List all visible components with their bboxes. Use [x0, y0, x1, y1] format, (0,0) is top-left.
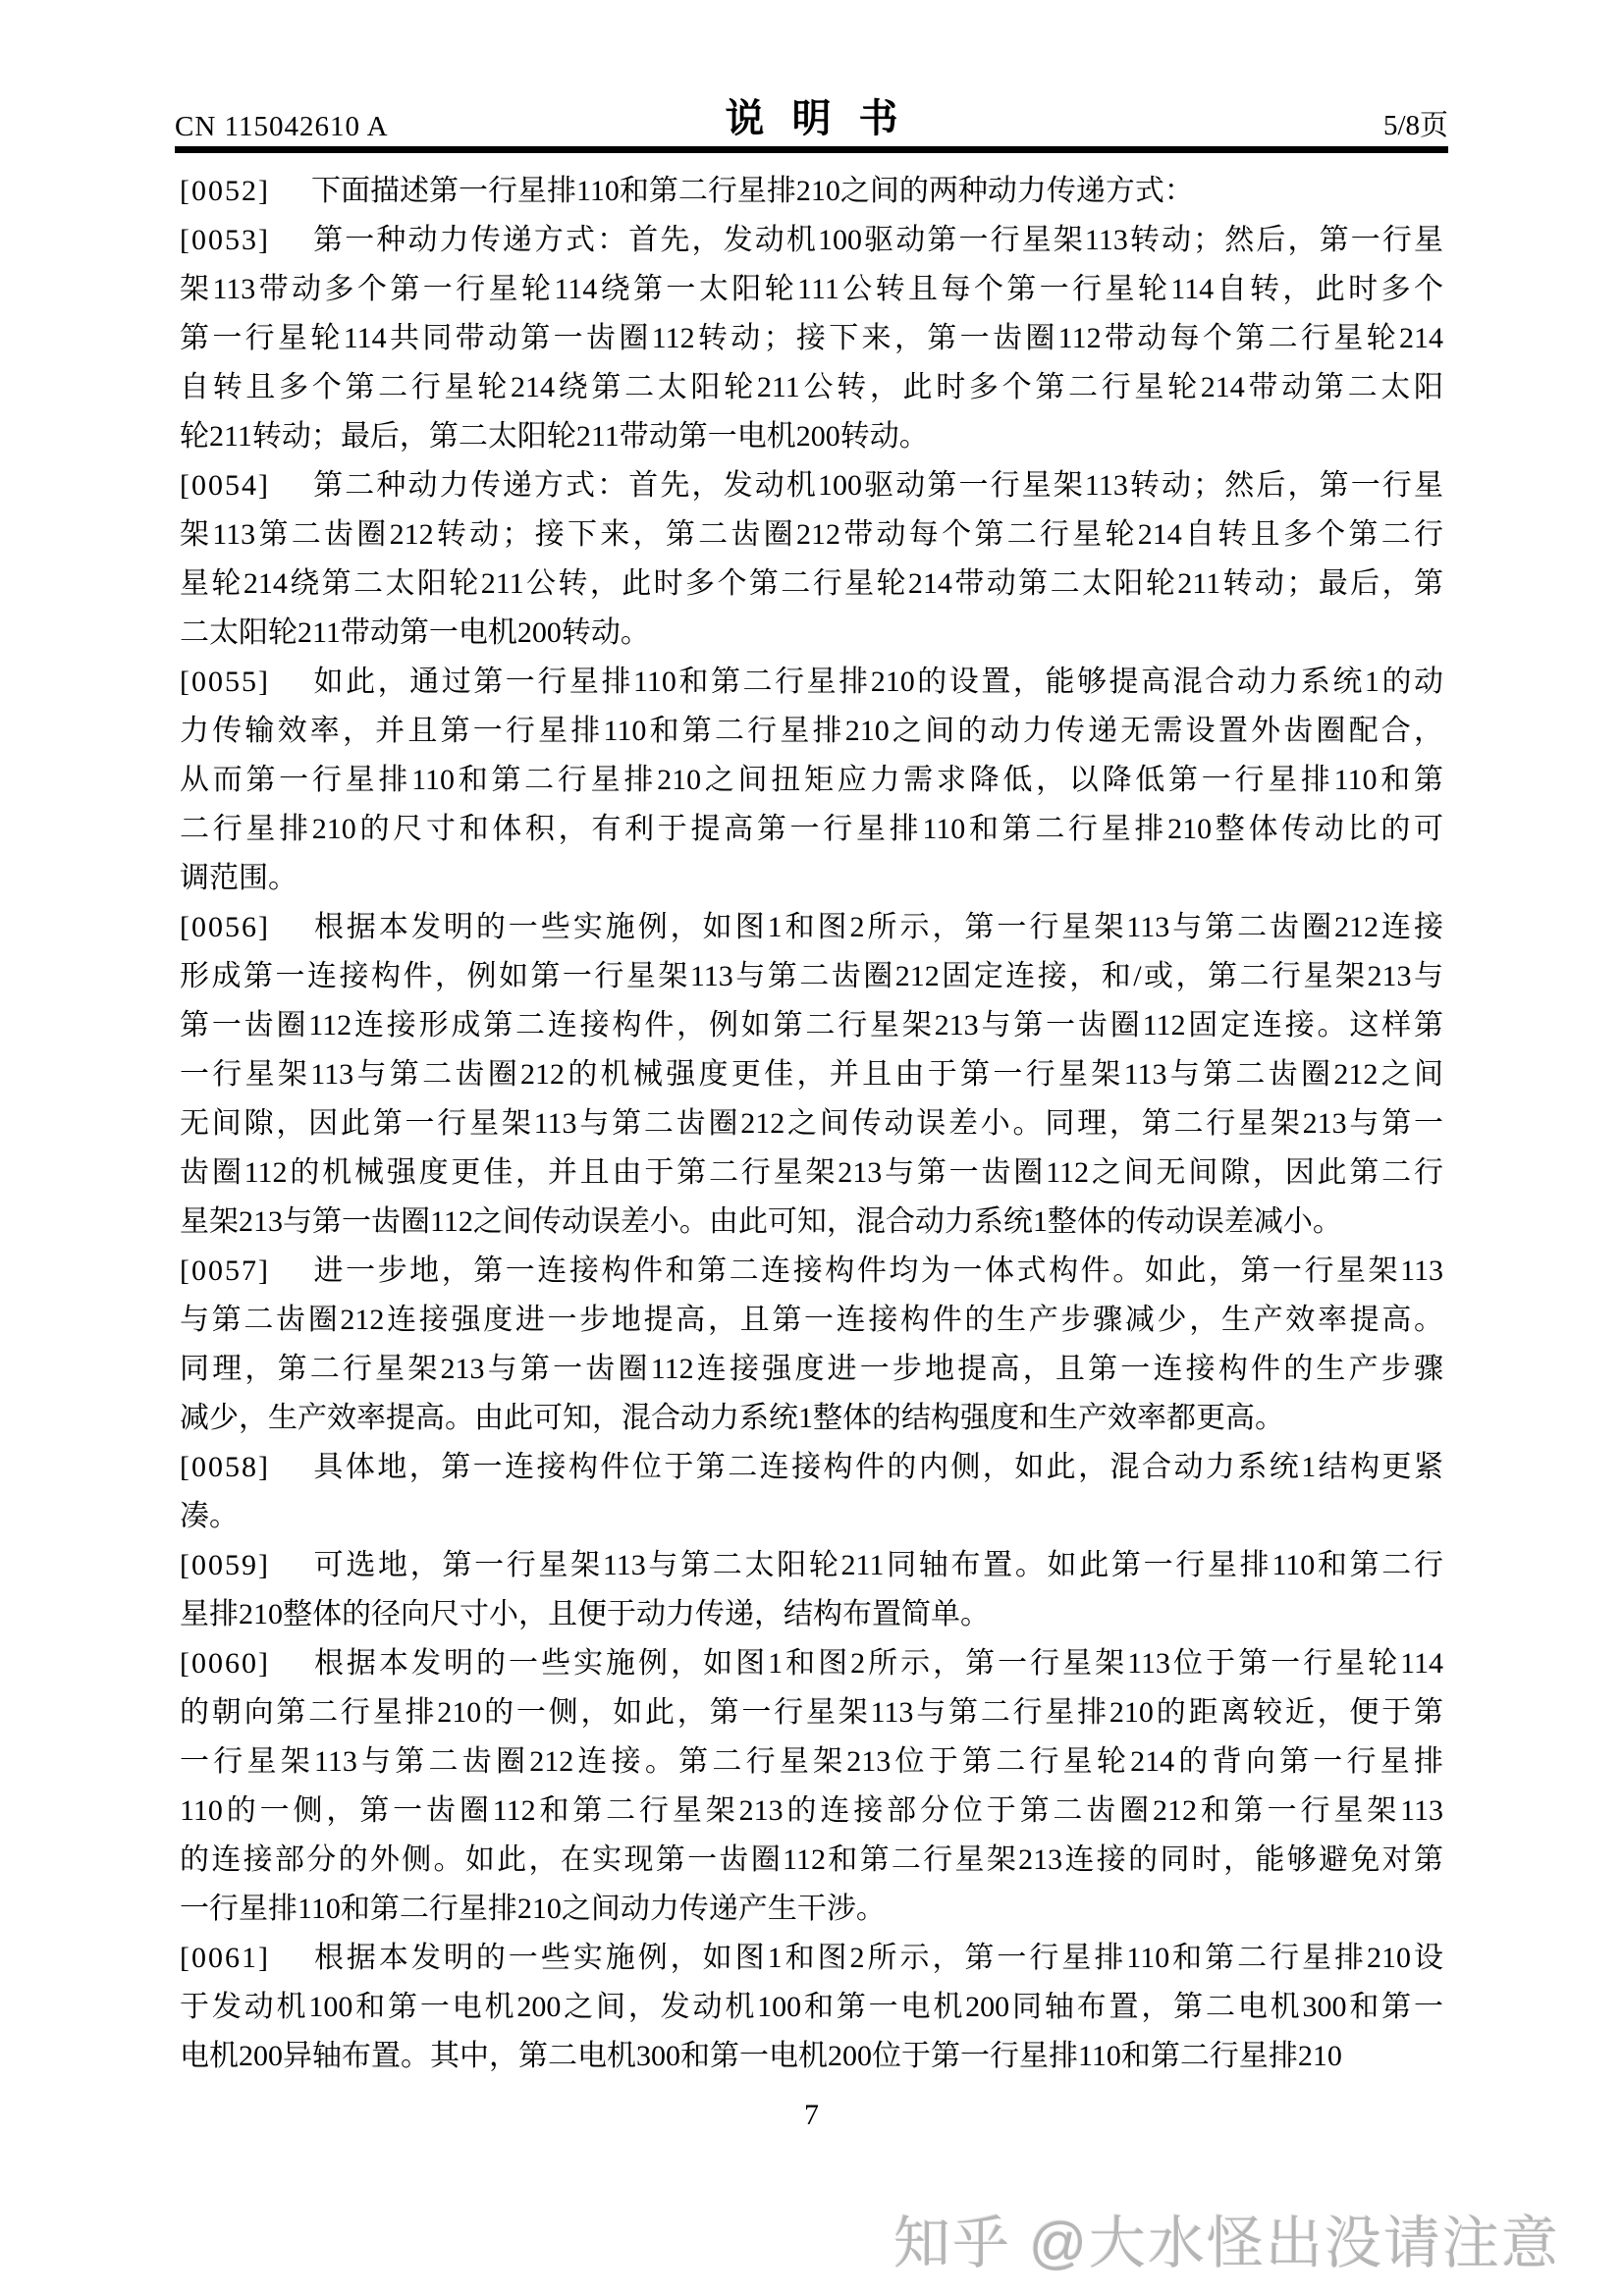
paragraph-text: 根据本发明的一些实施例，如图1和图2所示，第一行星架113位于第一行星轮114: [311, 1647, 1443, 1680]
paragraph-line: 于发动机100和第一电机200之间，发动机100和第一电机200同轴布置，第二电…: [180, 1983, 1443, 2032]
paragraph-label: [0060]: [180, 1639, 270, 1688]
paragraph-label: [0058]: [180, 1443, 270, 1492]
paragraph-line: 星架213与第一齿圈112之间传动误差小。由此可知，混合动力系统1整体的传动误差…: [180, 1198, 1443, 1247]
paragraph-text: 如此，通过第一行星排110和第二行星排210的设置，能够提高混合动力系统1的动: [311, 666, 1443, 698]
paragraph-line: 架113第二齿圈212转动；接下来，第二齿圈212带动每个第二行星轮214自转且…: [180, 510, 1443, 560]
paragraph-line: 二太阳轮211带动第一电机200转动。: [180, 609, 1443, 658]
patent-page: CN 115042610 A 说明书 5/8页 [0052]下面描述第一行星排1…: [0, 0, 1623, 2296]
paragraph-line: 调范围。: [180, 854, 1443, 903]
paragraph-line: [0060]根据本发明的一些实施例，如图1和图2所示，第一行星架113位于第一行…: [180, 1639, 1443, 1688]
paragraph-0059: [0059]可选地，第一行星架113与第二太阳轮211同轴布置。如此第一行星排1…: [180, 1541, 1443, 1639]
watermark: 知乎 @大水怪出没请注意: [893, 2197, 1560, 2279]
paragraph-0057: [0057]进一步地，第一连接构件和第二连接构件均为一体式构件。如此，第一行星架…: [180, 1247, 1443, 1443]
paragraph-0058: [0058]具体地，第一连接构件位于第二连接构件的内侧，如此，混合动力系统1结构…: [180, 1443, 1443, 1541]
paragraph-0055: [0055]如此，通过第一行星排110和第二行星排210的设置，能够提高混合动力…: [180, 658, 1443, 903]
paragraph-label: [0055]: [180, 658, 270, 707]
paragraph-line: 轮211转动；最后，第二太阳轮211带动第一电机200转动。: [180, 412, 1443, 461]
header-rule: [175, 146, 1448, 153]
paragraph-label: [0061]: [180, 1934, 270, 1983]
paragraph-line: [0053]第一种动力传递方式：首先，发动机100驱动第一行星架113转动；然后…: [180, 216, 1443, 265]
paragraph-0054: [0054]第二种动力传递方式：首先，发动机100驱动第一行星架113转动；然后…: [180, 461, 1443, 658]
paragraph-line: 的朝向第二行星排210的一侧，如此，第一行星架113与第二行星排210的距离较近…: [180, 1688, 1443, 1737]
paragraph-0053: [0053]第一种动力传递方式：首先，发动机100驱动第一行星架113转动；然后…: [180, 216, 1443, 461]
paragraph-line: 二行星排210的尺寸和体积，有利于提高第一行星排110和第二行星排210整体传动…: [180, 805, 1443, 854]
paragraph-line: 从而第一行星排110和第二行星排210之间扭矩应力需求降低，以降低第一行星排11…: [180, 756, 1443, 805]
paragraph-label: [0054]: [180, 461, 270, 510]
paragraph-line: [0061]根据本发明的一些实施例，如图1和图2所示，第一行星排110和第二行星…: [180, 1934, 1443, 1983]
paragraph-0061: [0061]根据本发明的一些实施例，如图1和图2所示，第一行星排110和第二行星…: [180, 1934, 1443, 2081]
paragraph-label: [0053]: [180, 216, 270, 265]
paragraph-line: 自转且多个第二行星轮214绕第二太阳轮211公转，此时多个第二行星轮214带动第…: [180, 363, 1443, 412]
paragraph-label: [0056]: [180, 903, 270, 952]
page-title: 说明书: [698, 87, 926, 143]
paragraph-line: [0052]下面描述第一行星排110和第二行星排210之间的两种动力传递方式：: [180, 167, 1443, 216]
paragraph-line: 110的一侧，第一齿圈112和第二行星架213的连接部分位于第二齿圈212和第一…: [180, 1787, 1443, 1836]
paragraph-line: 与第二齿圈212连接强度进一步地提高，且第一连接构件的生产步骤减少，生产效率提高…: [180, 1296, 1443, 1345]
paragraph-line: 星轮214绕第二太阳轮211公转，此时多个第二行星轮214带动第二太阳轮211转…: [180, 560, 1443, 609]
paragraph-text: 第一种动力传递方式：首先，发动机100驱动第一行星架113转动；然后，第一行星: [311, 224, 1443, 256]
paragraph-line: 力传输效率，并且第一行星排110和第二行星排210之间的动力传递无需设置外齿圈配…: [180, 707, 1443, 756]
document-body: [0052]下面描述第一行星排110和第二行星排210之间的两种动力传递方式：[…: [180, 167, 1443, 2081]
paragraph-0060: [0060]根据本发明的一些实施例，如图1和图2所示，第一行星架113位于第一行…: [180, 1639, 1443, 1934]
paragraph-text: 根据本发明的一些实施例，如图1和图2所示，第一行星架113与第二齿圈212连接: [311, 911, 1443, 943]
paragraph-line: 形成第一连接构件，例如第一行星架113与第二齿圈212固定连接，和/或，第二行星…: [180, 952, 1443, 1001]
page-number: 7: [0, 2099, 1623, 2132]
page-indicator: 5/8页: [1383, 103, 1448, 143]
paragraph-line: 架113带动多个第一行星轮114绕第一太阳轮111公转且每个第一行星轮114自转…: [180, 265, 1443, 314]
paragraph-0056: [0056]根据本发明的一些实施例，如图1和图2所示，第一行星架113与第二齿圈…: [180, 903, 1443, 1247]
paragraph-line: [0054]第二种动力传递方式：首先，发动机100驱动第一行星架113转动；然后…: [180, 461, 1443, 510]
paragraph-line: 同理，第二行星架213与第一齿圈112连接强度进一步地提高，且第一连接构件的生产…: [180, 1345, 1443, 1394]
paragraph-line: 无间隙，因此第一行星架113与第二齿圈212之间传动误差小。同理，第二行星架21…: [180, 1099, 1443, 1148]
paragraph-0052: [0052]下面描述第一行星排110和第二行星排210之间的两种动力传递方式：: [180, 167, 1443, 216]
paragraph-line: 齿圈112的机械强度更佳，并且由于第二行星架213与第一齿圈112之间无间隙，因…: [180, 1148, 1443, 1198]
paragraph-line: [0056]根据本发明的一些实施例，如图1和图2所示，第一行星架113与第二齿圈…: [180, 903, 1443, 952]
paragraph-text: 进一步地，第一连接构件和第二连接构件均为一体式构件。如此，第一行星架113: [311, 1255, 1443, 1287]
page-header: CN 115042610 A 说明书 5/8页: [175, 98, 1448, 143]
paragraph-line: 电机200异轴布置。其中，第二电机300和第一电机200位于第一行星排110和第…: [180, 2032, 1443, 2081]
paragraph-line: 的连接部分的外侧。如此，在实现第一齿圈112和第二行星架213连接的同时，能够避…: [180, 1836, 1443, 1885]
paragraph-label: [0059]: [180, 1541, 270, 1590]
document-number: CN 115042610 A: [175, 111, 389, 143]
paragraph-line: 一行星排110和第二行星排210之间动力传递产生干涉。: [180, 1885, 1443, 1934]
paragraph-line: [0055]如此，通过第一行星排110和第二行星排210的设置，能够提高混合动力…: [180, 658, 1443, 707]
paragraph-line: [0057]进一步地，第一连接构件和第二连接构件均为一体式构件。如此，第一行星架…: [180, 1247, 1443, 1296]
paragraph-text: 下面描述第一行星排110和第二行星排210之间的两种动力传递方式：: [311, 175, 1194, 207]
paragraph-line: [0059]可选地，第一行星架113与第二太阳轮211同轴布置。如此第一行星排1…: [180, 1541, 1443, 1590]
paragraph-label: [0052]: [180, 167, 270, 216]
paragraph-text: 可选地，第一行星架113与第二太阳轮211同轴布置。如此第一行星排110和第二行: [311, 1549, 1443, 1581]
paragraph-line: 一行星架113与第二齿圈212的机械强度更佳，并且由于第一行星架113与第二齿圈…: [180, 1050, 1443, 1099]
paragraph-text: 第二种动力传递方式：首先，发动机100驱动第一行星架113转动；然后，第一行星: [311, 469, 1443, 502]
paragraph-line: 减少，生产效率提高。由此可知，混合动力系统1整体的结构强度和生产效率都更高。: [180, 1394, 1443, 1443]
paragraph-label: [0057]: [180, 1247, 270, 1296]
paragraph-line: 一行星架113与第二齿圈212连接。第二行星架213位于第二行星轮214的背向第…: [180, 1737, 1443, 1787]
paragraph-text: 根据本发明的一些实施例，如图1和图2所示，第一行星排110和第二行星排210设: [311, 1942, 1443, 1974]
paragraph-line: 第一行星轮114共同带动第一齿圈112转动；接下来，第一齿圈112带动每个第二行…: [180, 314, 1443, 363]
paragraph-line: 星排210整体的径向尺寸小，且便于动力传递，结构布置简单。: [180, 1590, 1443, 1639]
paragraph-line: [0058]具体地，第一连接构件位于第二连接构件的内侧，如此，混合动力系统1结构…: [180, 1443, 1443, 1492]
paragraph-line: 第一齿圈112连接形成第二连接构件，例如第二行星架213与第一齿圈112固定连接…: [180, 1001, 1443, 1050]
paragraph-line: 凑。: [180, 1492, 1443, 1541]
paragraph-text: 具体地，第一连接构件位于第二连接构件的内侧，如此，混合动力系统1结构更紧: [311, 1451, 1443, 1483]
